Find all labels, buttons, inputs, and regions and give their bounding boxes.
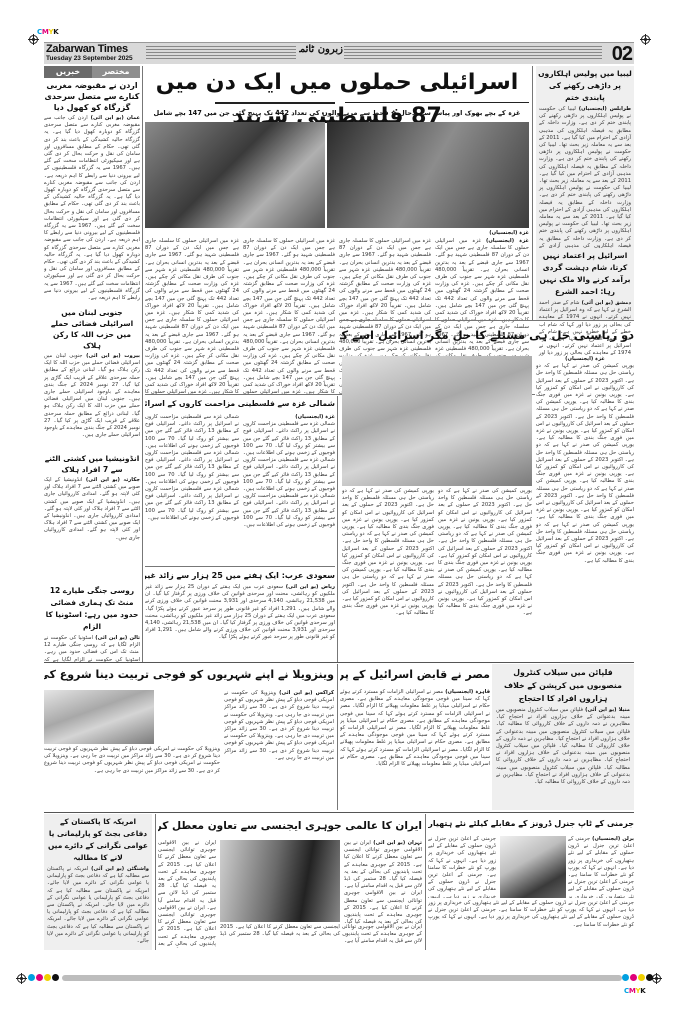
masthead: Zabarwan Times Tuesday 23 September 2025… <box>44 42 634 64</box>
brief-item: انڈونیشیا میں کشتی الٹنے سے 7 افراد ہلاک… <box>44 453 140 581</box>
lead-photo-children-pots <box>327 122 529 228</box>
briefs-header: خبریں مختصر <box>44 66 140 78</box>
cmyk-label-top: CMYK <box>37 28 58 36</box>
print-color-bar <box>62 975 622 981</box>
column-divider <box>425 814 426 950</box>
venezuela-headline: وینزویلا نے اپنے شہریوں کو فوجی تربیت دی… <box>44 664 334 686</box>
cmyk-label-bottom: CMYK <box>624 987 645 995</box>
brief-body: بیروت (یو این آئی) جنوبی لبنان میں اسرائ… <box>44 353 140 451</box>
venezuela-body-right: کراکس (یو این آئی) وینزویلا کی حکومت نے … <box>224 690 334 808</box>
saudi-body: ریاض (یو این آئی) سعودی عرب میں ایک ہفتے… <box>145 584 335 660</box>
germany-body-left: جرمنی کے اعلیٰ ترین جنرل نے ڈرون حملوں ک… <box>428 836 496 898</box>
north-gaza-body-right: غزہ (ایجنسیاں) شمالی غزہ سے فلسطینی مزاح… <box>243 414 335 564</box>
eu-story: دو ریاستی حل ہی مسئلے کا حل مگر اسرائیل … <box>340 322 634 660</box>
masthead-rule-right <box>344 46 602 60</box>
brief-body: جکارتہ (یو این آئی) انڈونیشیا کے ایک صوب… <box>44 477 140 581</box>
column-divider <box>155 814 156 950</box>
north-gaza-body-left: شمالی غزہ سے فلسطینی مزاحمت کاروں نے اسر… <box>145 414 239 564</box>
color-dots-left <box>28 974 59 981</box>
page-number: 02 <box>612 43 632 65</box>
saudi-story: سعودی عرب: ایک ہفتے میں 25 ہزار سے زائد … <box>145 568 335 662</box>
eu-photo-tent-camp <box>342 356 532 486</box>
eu-body-right: غزہ (ایجنسیاں) یورپی کمیشن کی صدر نے کہا… <box>536 356 634 656</box>
germany-body-right: برلن (ایجنسیاں) جرمنی کے اعلیٰ ترین جنرل… <box>568 836 634 898</box>
column-divider <box>142 66 143 662</box>
germany-story: جرمنی کے ٹاپ جنرل ڈرونز کے مقابلے کیلئے … <box>428 814 634 950</box>
iran-photo-speaker <box>220 840 340 922</box>
venezuela-story: وینزویلا نے اپنے شہریوں کو فوجی تربیت دی… <box>44 664 334 810</box>
us-pakistan-headline: امریکہ کا پاکستان کے دفاعی بجٹ کو پارلیم… <box>44 814 152 864</box>
brief-headline: روسی جنگی طیارے 12 منٹ تک ہماری فضائی حد… <box>44 585 140 633</box>
brief-body: عمان (یو این آئی) اردن کی جانب سے مقبوضہ… <box>44 115 140 305</box>
lead-body-col-1: غزہ میں اسرائیلی حملوں کا سلسلہ جاری ہے … <box>145 238 239 394</box>
brief-body: تالن (یو این آئی) اسٹونیا کی حکومت نے ال… <box>44 635 140 662</box>
germany-photo-general <box>500 836 566 898</box>
venezuela-body-left: وینزویلا کی حکومت نے امریکی فوجی دباؤ کے… <box>44 746 220 808</box>
brief-item: جنوبی لبنان میں اسرائیلی فضائی حملے میں … <box>44 307 140 451</box>
libya-story: لیبیا میں پولیس اہلکاروں پر داڑھی رکھنے … <box>536 66 634 320</box>
philippines-story: فلپائن میں سیلاب کنٹرول منصوبوں میں کرپش… <box>492 664 634 810</box>
newspaper-page: Zabarwan Times Tuesday 23 September 2025… <box>44 42 634 950</box>
brief-item: اردن نے مقبوضہ مغربی کنارے سے متصل سرحدی… <box>44 80 140 305</box>
north-gaza-story: شمالی غزہ سے فلسطینی مزاحمت کاروں کے اسر… <box>145 396 335 566</box>
registration-mark-bottom-left <box>17 974 26 983</box>
newspaper-title: Zabarwan Times <box>46 44 133 55</box>
briefs-tab-khabrein: خبریں <box>44 66 92 78</box>
iran-body-right: تہران (یو این آئی) ایران نے بین الاقوامی… <box>344 840 422 924</box>
us-pakistan-story: امریکہ کا پاکستان کے دفاعی بجٹ کو پارلیم… <box>44 814 152 950</box>
issue-date: Tuesday 23 September 2025 <box>46 55 133 63</box>
lead-subheadline: غزہ کے بچے بھوک اور پیاس سے بدحال ❖ قحط … <box>145 107 529 119</box>
color-dots-right <box>622 974 653 981</box>
masthead-rule-left <box>146 46 296 60</box>
briefs-column: اردن نے مقبوضہ مغربی کنارے سے متصل سرحدی… <box>44 80 140 662</box>
egypt-headline: مصر نے قابض اسرائیل کے پروپیگنڈے کی پول … <box>340 664 490 686</box>
section-divider <box>44 812 634 813</box>
brief-headline: اردن نے مقبوضہ مغربی کنارے سے متصل سرحدی… <box>44 80 140 113</box>
eu-headline: دو ریاستی حل ہی مسئلے کا حل مگر اسرائیل … <box>340 322 634 348</box>
libya-headline: لیبیا میں پولیس اہلکاروں پر داڑھی رکھنے … <box>536 66 634 104</box>
iran-body-bottom: ایران نے بین الاقوامی جوہری توانائی ایجن… <box>220 924 422 948</box>
headline-underline <box>345 102 529 103</box>
brief-byline: عمان (یو این آئی) <box>88 115 140 121</box>
eu-body-mid: یورپی کمیشن کی صدر نے کہا ہے کہ دو ریاست… <box>438 488 532 656</box>
lead-photo-debris <box>145 122 325 228</box>
briefs-tab-mukhtasar: مختصر <box>92 66 140 78</box>
egypt-story: مصر نے قابض اسرائیل کے پروپیگنڈے کی پول … <box>340 664 490 810</box>
philippines-body: منیلا (یو این آئی) فلپائن میں سیلاب کنٹر… <box>492 705 634 815</box>
brief-item: روسی جنگی طیارے 12 منٹ تک ہماری فضائی حد… <box>44 585 140 662</box>
masthead-english: Zabarwan Times Tuesday 23 September 2025 <box>46 44 133 63</box>
registration-mark-top-right <box>641 35 650 44</box>
brief-headline: انڈونیشیا میں کشتی الٹنے سے 7 افراد ہلاک <box>44 453 140 475</box>
registration-mark-top-left <box>29 35 38 44</box>
column-divider <box>532 66 533 320</box>
germany-headline: جرمنی کے ٹاپ جنرل ڈرونز کے مقابلے کیلئے … <box>428 814 634 834</box>
syria-headline: اسرائیل پر اعتماد نہیں کرتا، شام دہشت گر… <box>536 248 634 298</box>
iran-headline: ایران کا عالمی جوہری ایجنسی سے تعاون معط… <box>158 814 422 838</box>
eu-body-left: یورپی کمیشن کی صدر نے کہا ہے کہ دو ریاست… <box>342 488 434 656</box>
egypt-body: قاہرہ (ایجنسیاں) مصر نے اسرائیلی الزامات… <box>340 689 490 807</box>
philippines-headline: فلپائن میں سیلاب کنٹرول منصوبوں میں کرپش… <box>492 664 634 705</box>
venezuela-photo-militia <box>44 690 154 744</box>
lead-body-col-2: غزہ میں اسرائیلی حملوں کا سلسلہ جاری ہے … <box>243 238 335 394</box>
section-divider <box>44 662 634 663</box>
column-divider <box>337 396 338 662</box>
section-divider <box>145 566 335 567</box>
newspaper-title-urdu: زبرون ٹائمز <box>299 44 343 55</box>
saudi-headline: سعودی عرب: ایک ہفتے میں 25 ہزار سے زائد … <box>145 568 335 583</box>
registration-mark-bottom-right <box>652 974 661 983</box>
brief-headline: جنوبی لبنان میں اسرائیلی فضائی حملے میں … <box>44 307 140 351</box>
lead-photo-caption: غزہ (ایجنسیاں) <box>327 230 529 238</box>
column-divider <box>337 664 338 810</box>
germany-body-bottom: جرمنی کے اعلیٰ ترین جنرل نے ڈرون حملوں ک… <box>428 900 634 948</box>
headline-underline <box>215 102 335 104</box>
libya-body: طرابلس (ایجنسیاں) لیبیا کی حکومت نے پولی… <box>536 104 634 248</box>
north-gaza-headline: شمالی غزہ سے فلسطینی مزاحمت کاروں کے اسر… <box>145 396 335 412</box>
us-pakistan-body: واشنگٹن (یو این آئی) امریکہ نے پاکستان س… <box>44 864 152 960</box>
iran-body-left: ایران نے بین الاقوامی جوہری توانائی ایجن… <box>158 840 216 948</box>
iran-story: ایران کا عالمی جوہری ایجنسی سے تعاون معط… <box>158 814 422 950</box>
section-divider <box>340 320 634 321</box>
